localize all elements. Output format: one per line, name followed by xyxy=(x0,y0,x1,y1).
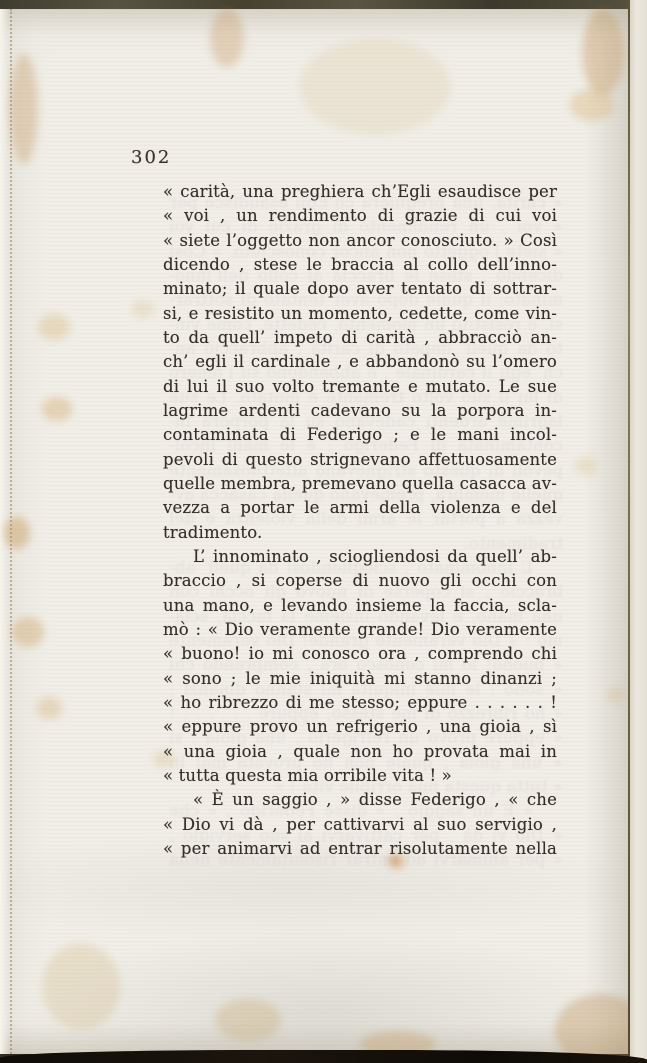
text-line: contaminata di Federigo ; e le mani inco… xyxy=(163,423,557,447)
stain xyxy=(42,944,120,1029)
stain xyxy=(300,39,450,134)
stain xyxy=(36,697,62,719)
text-line: « per animarvi ad entrar risolutamente n… xyxy=(163,837,557,861)
text-line: « Dio vi dà , per cattivarvi al suo serv… xyxy=(163,813,557,837)
text-line: pevoli di questo strignevano affettuosam… xyxy=(163,448,557,472)
text-line: « ho ribrezzo di me stesso; eppure . . .… xyxy=(163,691,557,715)
text-line: to da quell’ impeto di carità , abbracci… xyxy=(163,326,557,350)
stain xyxy=(38,314,70,340)
text-line: si, e resistito un momento, cedette, com… xyxy=(163,302,557,326)
book-board-bottom-edge xyxy=(0,1050,647,1063)
text-line: quelle membra, premevano quella casacca … xyxy=(163,472,557,496)
text-line: di lui il suo volto tremante e mutato. L… xyxy=(163,375,557,399)
stain xyxy=(42,397,72,421)
stain xyxy=(12,617,44,647)
text-line: vezza a portar le armi della violenza e … xyxy=(163,496,557,520)
page-text: « carità, una preghiera ch’Egli esaudisc… xyxy=(163,180,557,861)
text-line: una mano, e levando insieme la faccia, s… xyxy=(163,594,557,618)
text-line: L’ innominato , sciogliendosi da quell’ … xyxy=(163,545,557,569)
text-line: lagrime ardenti cadevano su la porpora i… xyxy=(163,399,557,423)
stain xyxy=(210,9,244,67)
text-line: braccio , si coperse di nuovo gli occhi … xyxy=(163,569,557,593)
text-line: « carità, una preghiera ch’Egli esaudisc… xyxy=(163,180,557,204)
stain xyxy=(215,999,281,1041)
stain xyxy=(132,301,154,317)
page-number: 302 xyxy=(131,147,171,168)
text-line: « tutta questa mia orribile vita ! » xyxy=(163,764,557,788)
next-page-edge xyxy=(630,0,647,1063)
text-line: « È un saggio , » disse Federigo , « che xyxy=(163,788,557,812)
text-line: « sono ; le mie iniquità mi stanno dinan… xyxy=(163,667,557,691)
paper-left-worn-edge xyxy=(0,9,10,1054)
text-line: tradimento. xyxy=(163,521,557,545)
text-line: « buono! io mi conosco ora , comprendo c… xyxy=(163,642,557,666)
paper-left-crease xyxy=(10,9,12,1054)
scanned-book-page: « carità, una preghiera ch’Egli esaudisc… xyxy=(0,0,647,1063)
text-line: « voi , un rendimento di grazie di cui v… xyxy=(163,204,557,228)
text-line: ch’ egli il cardinale , e abbandonò su l… xyxy=(163,350,557,374)
text-line: « eppure provo un refrigerio , una gioia… xyxy=(163,715,557,739)
text-line: « una gioia , quale non ho provata mai i… xyxy=(163,740,557,764)
text-line: dicendo , stese le braccia al collo dell… xyxy=(163,253,557,277)
gutter-shadow xyxy=(584,9,628,1054)
text-line: mò : « Dio veramente grande! Dio veramen… xyxy=(163,618,557,642)
stain xyxy=(10,54,38,164)
text-line: minato; il quale dopo aver tentato di so… xyxy=(163,277,557,301)
paper-sheet: « carità, una preghiera ch’Egli esaudisc… xyxy=(0,9,647,1054)
text-line: « siete l’oggetto non ancor conosciuto. … xyxy=(163,229,557,253)
